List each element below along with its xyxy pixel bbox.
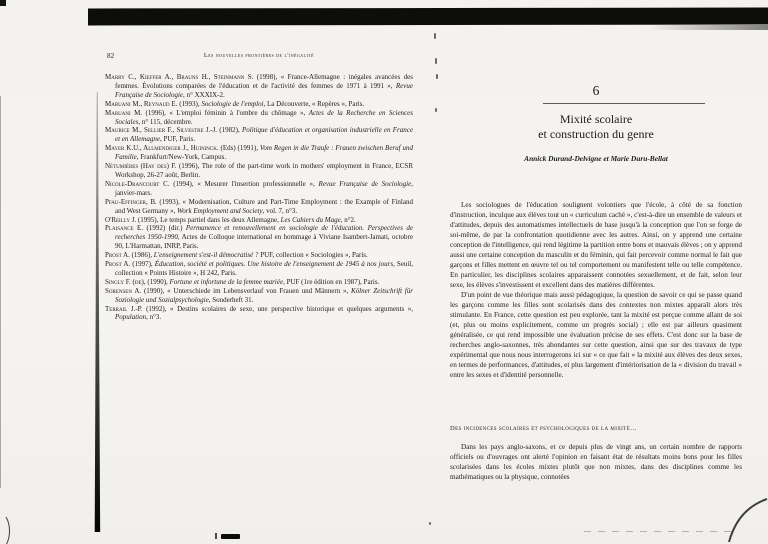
scan-smudge [648, 25, 768, 30]
section-body: Dans les pays anglo-saxons, et ce depuis… [450, 442, 742, 482]
left-page-header: 82 Les nouvelles frontières de l'inégali… [105, 52, 413, 63]
gutter-speck [435, 58, 437, 64]
reference-entry: Prost A. (1997), Éducation, société et p… [105, 260, 413, 278]
body-paragraph: D'un point de vue théorique mais aussi p… [450, 290, 742, 380]
authors-byline: Annick Durand-Delvigne et Marie Duru-Bel… [450, 154, 742, 163]
reference-entry: Marry C., Kieffer A., Brauns H., Steinma… [105, 73, 413, 100]
page-curl-mark [726, 496, 768, 544]
gutter-speck [429, 522, 431, 525]
scan-corner-mark [0, 0, 6, 6]
gutter-speck [434, 33, 436, 39]
section-heading: Des incidences scolaires et psychologiqu… [450, 425, 742, 432]
book-spine-shadow [94, 92, 101, 532]
reference-entry: Nicole-Drancourt C. (1994), « Mesurer l'… [105, 180, 413, 198]
reference-list: Marry C., Kieffer A., Brauns H., Steinma… [105, 73, 413, 322]
right-page: 6 Mixité scolaire et construction du gen… [450, 78, 742, 482]
reference-entry: Singly F. (de), (1990), Fortune et infor… [105, 278, 413, 287]
reference-entry: Terrail J.-P. (1992), « Destins scolaire… [105, 305, 413, 323]
scanned-book-spread: 82 Les nouvelles frontières de l'inégali… [0, 0, 768, 544]
page-number: 82 [107, 52, 114, 60]
chapter-title-line2: et construction du genre [450, 127, 742, 142]
scan-bottom-dash [221, 534, 240, 539]
body-paragraph: Dans les pays anglo-saxons, et ce depuis… [450, 442, 742, 482]
scan-left-edge-line [0, 96, 1, 488]
scan-bottom-tick [215, 533, 217, 539]
reference-entry: Maruani M. (1996), « L'emploi féminin à … [105, 109, 413, 127]
reference-entry: Pfau-Effinger, B. (1993), « Modernisatio… [105, 198, 413, 216]
left-page: 82 Les nouvelles frontières de l'inégali… [105, 52, 413, 322]
chapter-title: Mixité scolaire et construction du genre [450, 112, 742, 142]
reference-entry: Maruani M., Reynaud E. (1993), Sociologi… [105, 100, 413, 109]
reference-entry: Plaisance E. (1992) (dir.) Permanence et… [105, 224, 413, 251]
chapter-title-line1: Mixité scolaire [450, 112, 742, 127]
scan-top-bar [88, 8, 768, 26]
reference-entry: O'Reilly J. (1995), Le temps partiel dan… [105, 216, 413, 225]
scan-bottom-left-curve [0, 513, 10, 544]
chapter-number: 6 [450, 83, 742, 99]
reference-entry: Prost A. (1986), L'enseignement s'est-il… [105, 251, 413, 260]
title-rule [543, 103, 705, 104]
reference-entry: Sorensen A. (1990), « Unterschiede im Le… [105, 287, 413, 305]
gutter-speck [435, 108, 437, 112]
body-paragraph: Les sociologues de l'éducation soulignen… [450, 200, 742, 290]
reference-entry: Nétumières (Hay des) F. (1996), The role… [105, 162, 413, 180]
reference-entry: Mayer K.U., Allmendiger J., Huininck. (E… [105, 144, 413, 162]
reference-entry: Maurice M., Sellier F., Silvestre J.-J. … [105, 126, 413, 144]
running-head: Les nouvelles frontières de l'inégalité [105, 52, 413, 59]
gutter-speck [436, 74, 438, 79]
page-curl-dashed-line [584, 531, 734, 532]
chapter-body: Les sociologues de l'éducation soulignen… [450, 200, 742, 380]
